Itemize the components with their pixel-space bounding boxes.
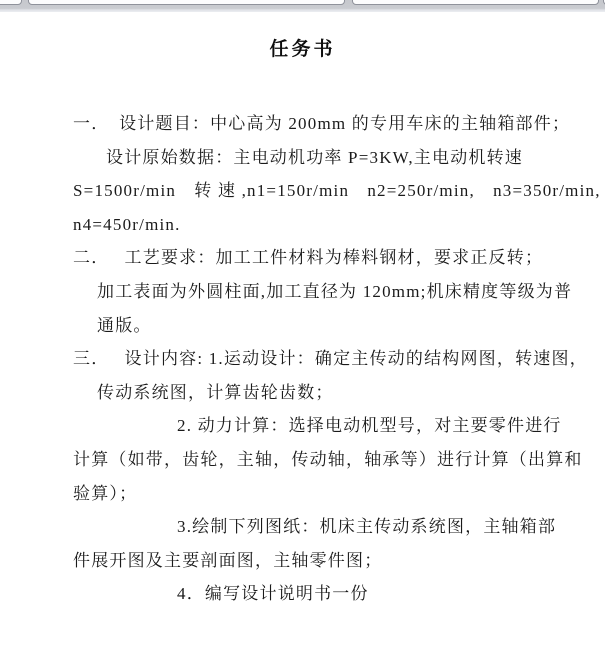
doc-line: 2. 动力计算：选择电动机型号，对主要零件进行	[177, 409, 605, 443]
toolbar-button[interactable]	[0, 0, 22, 5]
doc-line: 三． 设计内容: 1.运动设计：确定主传动的结构网图，转速图，	[73, 342, 605, 376]
doc-line: S=1500r/min 转 速 ,n1=150r/min n2=250r/min…	[73, 174, 605, 208]
doc-line: 加工表面为外圆柱面,加工直径为 120mm;机床精度等级为普	[97, 275, 605, 309]
doc-line: 3.绘制下列图纸：机床主传动系统图，主轴箱部	[177, 510, 605, 544]
doc-line: n4=450r/min.	[73, 208, 605, 242]
doc-line: 设计原始数据：主电动机功率 P=3KW,主电动机转速	[106, 141, 605, 175]
doc-line: 通版。	[97, 309, 605, 343]
doc-line: 计算（如带，齿轮，主轴，传动轴，轴承等）进行计算（出算和	[73, 443, 605, 477]
document-page: 任务书 一． 设计题目：中心高为 200mm 的专用车床的主轴箱部件； 设计原始…	[0, 12, 605, 659]
doc-line: 件展开图及主要剖面图，主轴零件图；	[73, 544, 605, 578]
document-body: 一． 设计题目：中心高为 200mm 的专用车床的主轴箱部件； 设计原始数据：主…	[0, 107, 605, 611]
doc-line: 4．编写设计说明书一份	[177, 577, 605, 611]
toolbar-strip	[0, 0, 605, 12]
doc-line: 传动系统图，计算齿轮齿数；	[97, 376, 605, 410]
toolbar-button[interactable]	[352, 0, 599, 5]
doc-line: 二． 工艺要求：加工工件材料为棒料钢材，要求正反转；	[73, 241, 605, 275]
doc-line: 验算）；	[73, 477, 605, 511]
document-title: 任务书	[0, 12, 605, 61]
doc-line: 一． 设计题目：中心高为 200mm 的专用车床的主轴箱部件；	[73, 107, 605, 141]
toolbar-button[interactable]	[28, 0, 345, 5]
